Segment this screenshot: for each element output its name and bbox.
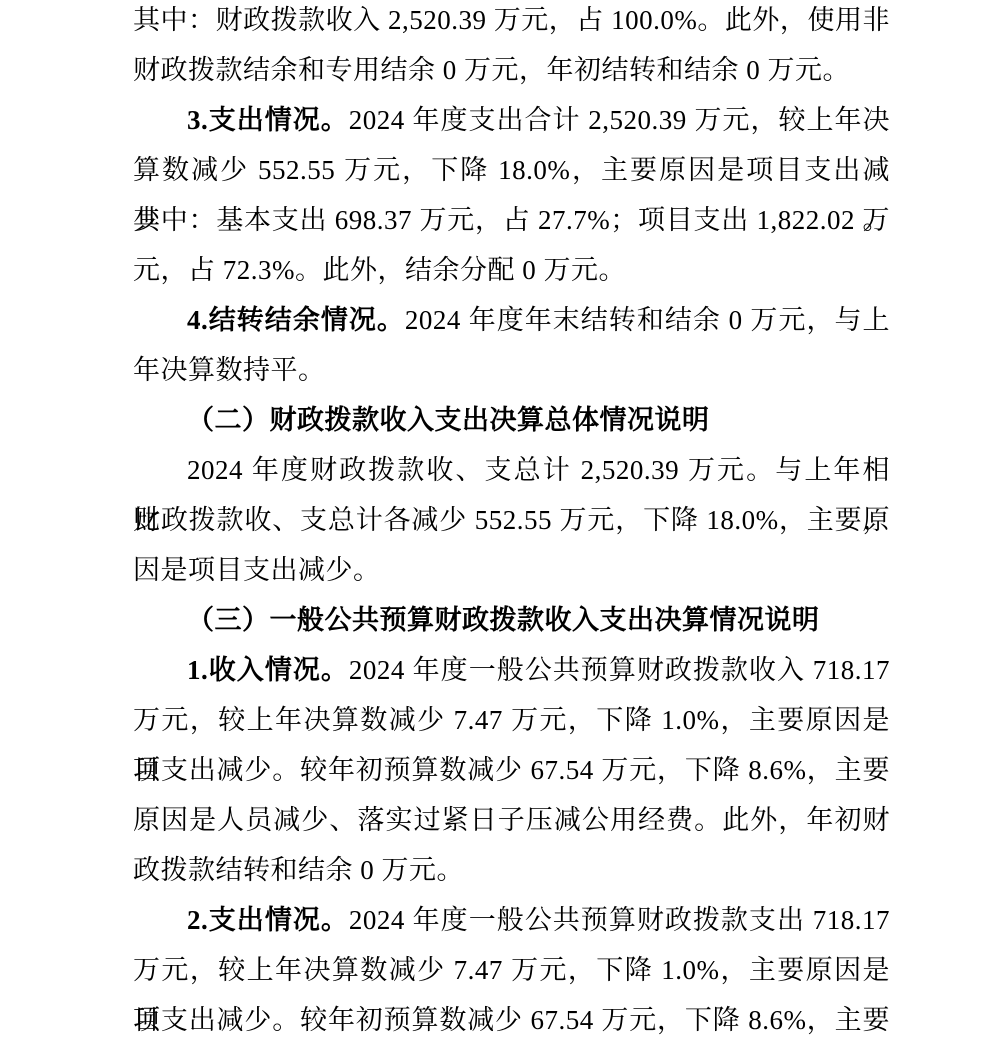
text-line: 年决算数持平。	[133, 345, 890, 395]
text-line: 目支出减少。较年初预算数减少 67.54 万元，下降 8.6%，主要	[133, 995, 890, 1042]
run-in-heading: 4.结转结余情况。	[187, 305, 405, 335]
text-line: 2.支出情况。2024 年度一般公共预算财政拨款支出 718.17	[133, 895, 890, 945]
document-text-block: 其中：财政拨款收入 2,520.39 万元，占 100.0%。此外，使用非财政拨…	[133, 0, 890, 1042]
line-text: 财政拨款结余和专用结余 0 万元，年初结转和结余 0 万元。	[133, 55, 850, 85]
text-line: 目支出减少。较年初预算数减少 67.54 万元，下降 8.6%，主要	[133, 745, 890, 795]
line-text: 2024 年度一般公共预算财政拨款收入 718.17	[349, 655, 890, 685]
line-text: 原因是人员减少、落实过紧日子压减公用经费。此外，年初财	[133, 805, 890, 835]
text-line: 政拨款结转和结余 0 万元。	[133, 845, 890, 895]
run-in-heading: 1.收入情况。	[187, 655, 349, 685]
line-text: 因是项目支出减少。	[133, 555, 381, 585]
text-line: 万元，较上年决算数减少 7.47 万元，下降 1.0%，主要原因是项	[133, 945, 890, 995]
text-line: 万元，较上年决算数减少 7.47 万元，下降 1.0%，主要原因是项	[133, 695, 890, 745]
text-line: 其中：财政拨款收入 2,520.39 万元，占 100.0%。此外，使用非	[133, 0, 890, 45]
line-text: （二）财政拨款收入支出决算总体情况说明	[187, 405, 710, 435]
text-line: 1.收入情况。2024 年度一般公共预算财政拨款收入 718.17	[133, 645, 890, 695]
text-line: 4.结转结余情况。2024 年度年末结转和结余 0 万元，与上	[133, 295, 890, 345]
line-text: （三）一般公共预算财政拨款收入支出决算情况说明	[187, 605, 820, 635]
text-line: 原因是人员减少、落实过紧日子压减公用经费。此外，年初财	[133, 795, 890, 845]
text-line: 3.支出情况。2024 年度支出合计 2,520.39 万元，较上年决	[133, 95, 890, 145]
text-line: 2024 年度财政拨款收、支总计 2,520.39 万元。与上年相比，	[133, 445, 890, 495]
line-text: 2024 年度年末结转和结余 0 万元，与上	[405, 305, 890, 335]
line-text: 年决算数持平。	[133, 355, 326, 385]
document-page: 其中：财政拨款收入 2,520.39 万元，占 100.0%。此外，使用非财政拨…	[0, 0, 1000, 1042]
text-line: 元，占 72.3%。此外，结余分配 0 万元。	[133, 245, 890, 295]
run-in-heading: 2.支出情况。	[187, 905, 349, 935]
text-line: （三）一般公共预算财政拨款收入支出决算情况说明	[133, 595, 890, 645]
text-line: 其中：基本支出 698.37 万元，占 27.7%；项目支出 1,822.02 …	[133, 195, 890, 245]
line-text: 其中：基本支出 698.37 万元，占 27.7%；项目支出 1,822.02 …	[133, 205, 890, 235]
text-line: 财政拨款结余和专用结余 0 万元，年初结转和结余 0 万元。	[133, 45, 890, 95]
line-text: 财政拨款收、支总计各减少 552.55 万元，下降 18.0%，主要原	[133, 505, 890, 535]
line-text: 2024 年度一般公共预算财政拨款支出 718.17	[349, 905, 890, 935]
text-line: （二）财政拨款收入支出决算总体情况说明	[133, 395, 890, 445]
line-text: 目支出减少。较年初预算数减少 67.54 万元，下降 8.6%，主要	[133, 1005, 890, 1035]
run-in-heading: 3.支出情况。	[187, 105, 349, 135]
text-line: 财政拨款收、支总计各减少 552.55 万元，下降 18.0%，主要原	[133, 495, 890, 545]
text-line: 因是项目支出减少。	[133, 545, 890, 595]
line-text: 政拨款结转和结余 0 万元。	[133, 855, 464, 885]
line-text: 其中：财政拨款收入 2,520.39 万元，占 100.0%。此外，使用非	[133, 5, 890, 35]
text-line: 算数减少 552.55 万元，下降 18.0%，主要原因是项目支出减少。	[133, 145, 890, 195]
line-text: 目支出减少。较年初预算数减少 67.54 万元，下降 8.6%，主要	[133, 755, 890, 785]
line-text: 元，占 72.3%。此外，结余分配 0 万元。	[133, 255, 626, 285]
line-text: 2024 年度支出合计 2,520.39 万元，较上年决	[349, 105, 890, 135]
